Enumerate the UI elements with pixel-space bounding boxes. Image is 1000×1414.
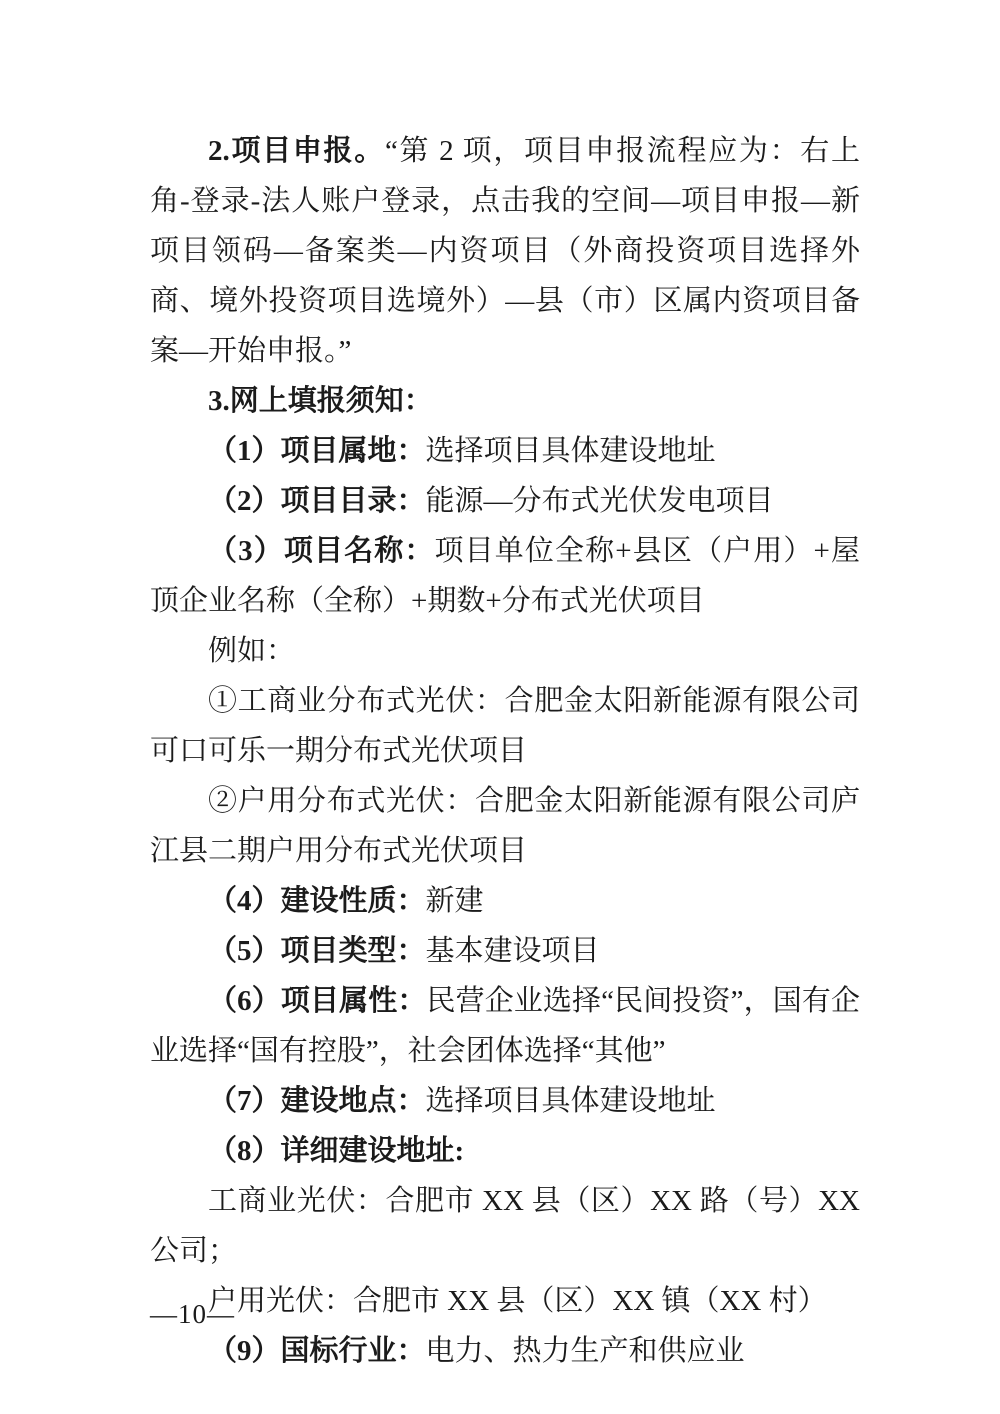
paragraph-text: 选择项目具体建设地址: [426, 435, 716, 467]
paragraph-item-5-project-type: （5）项目类型：基本建设项目: [150, 926, 860, 976]
paragraph-label: （8）详细建设地址:: [208, 1135, 464, 1167]
paragraph-label: （3）项目名称：: [208, 535, 435, 567]
paragraph-text: 选择项目具体建设地址: [426, 1085, 716, 1117]
paragraph-example-household: ②户用分布式光伏：合肥金太阳新能源有限公司庐江县二期户用分布式光伏项目: [150, 776, 860, 876]
paragraph-address-commercial: 工商业光伏：合肥市 XX 县（区）XX 路（号）XX 公司；: [150, 1176, 860, 1276]
paragraph-item-7-construction-site: （7）建设地点：选择项目具体建设地址: [150, 1076, 860, 1126]
paragraph-item-2-project-catalog: （2）项目目录：能源—分布式光伏发电项目: [150, 476, 860, 526]
paragraph-text: “第 2 项，项目申报流程应为：右上角-登录-法人账户登录，点击我的空间—项目申…: [150, 135, 860, 367]
paragraph-label: 2.项目申报。: [208, 135, 385, 167]
paragraph-text: 户用光伏：合肥市 XX 县（区）XX 镇（XX 村）: [208, 1285, 827, 1317]
paragraph-label: （1）项目属地：: [208, 435, 426, 467]
document-page: 2.项目申报。“第 2 项，项目申报流程应为：右上角-登录-法人账户登录，点击我…: [0, 0, 1000, 1414]
paragraph-address-household: 户用光伏：合肥市 XX 县（区）XX 镇（XX 村）: [150, 1276, 860, 1326]
paragraph-text: 工商业光伏：合肥市 XX 县（区）XX 路（号）XX 公司；: [150, 1185, 860, 1267]
paragraph-item-8-detailed-address-heading: （8）详细建设地址:: [150, 1126, 860, 1176]
paragraph-text: ①工商业分布式光伏：合肥金太阳新能源有限公司可口可乐一期分布式光伏项目: [150, 685, 860, 767]
paragraph-text: 能源—分布式光伏发电项目: [426, 485, 774, 517]
paragraph-example-heading: 例如：: [150, 626, 860, 676]
paragraph-text: 新建: [426, 885, 484, 917]
paragraph-item-4-construction-nature: （4）建设性质：新建: [150, 876, 860, 926]
paragraph-item-9-national-industry: （9）国标行业：电力、热力生产和供应业: [150, 1326, 860, 1376]
paragraph-example-commercial: ①工商业分布式光伏：合肥金太阳新能源有限公司可口可乐一期分布式光伏项目: [150, 676, 860, 776]
paragraph-label: （2）项目目录：: [208, 485, 426, 517]
paragraph-text: 电力、热力生产和供应业: [426, 1335, 745, 1367]
paragraph-label: 3.网上填报须知：: [208, 385, 433, 417]
page-number: —10—: [150, 1296, 235, 1332]
paragraph-text: 基本建设项目: [426, 935, 600, 967]
paragraph-text: 例如：: [208, 635, 295, 667]
paragraph-item-1-project-location: （1）项目属地：选择项目具体建设地址: [150, 426, 860, 476]
paragraph-item-3-project-name: （3）项目名称：项目单位全称+县区（户用）+屋顶企业名称（全称）+期数+分布式光…: [150, 526, 860, 626]
paragraph-label: （6）项目属性：: [208, 985, 426, 1017]
paragraph-label: （9）国标行业：: [208, 1335, 426, 1367]
paragraph-label: （7）建设地点：: [208, 1085, 426, 1117]
paragraph-item-6-project-attribute: （6）项目属性：民营企业选择“民间投资”，国有企业选择“国有控股”，社会团体选择…: [150, 976, 860, 1076]
paragraph-label: （5）项目类型：: [208, 935, 426, 967]
paragraph-text: ②户用分布式光伏：合肥金太阳新能源有限公司庐江县二期户用分布式光伏项目: [150, 785, 860, 867]
paragraph-online-filing-heading: 3.网上填报须知：: [150, 376, 860, 426]
paragraph-label: （4）建设性质：: [208, 885, 426, 917]
paragraph-project-declaration: 2.项目申报。“第 2 项，项目申报流程应为：右上角-登录-法人账户登录，点击我…: [150, 126, 860, 376]
